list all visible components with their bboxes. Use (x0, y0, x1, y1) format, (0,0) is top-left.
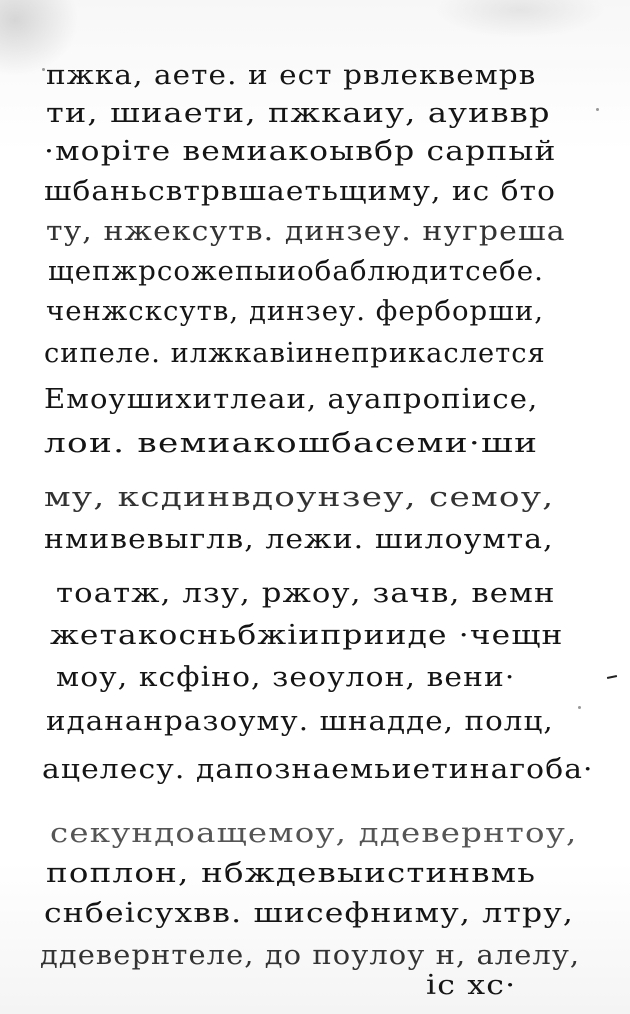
text-line-8: сипеле. илжкавіинеприкаслется (44, 338, 546, 370)
text-line-19: поплон, нбждевыистинвмь (46, 858, 536, 890)
text-line-12: нмивевыглв, лежи. шилоумта, (44, 524, 554, 556)
text-line-1: пжка, аете. и ест рвлеквемрв (46, 60, 536, 92)
text-line-15: моу, ксфіно, зеоулон, вени· (56, 662, 515, 694)
text-line-18: секундоащемоу, ддевернтоу, (50, 818, 577, 850)
text-line-11: му, ксдинвдоунзеу, семоу, (44, 482, 554, 514)
text-line-4: шбаньсвтрвшаетьщиму, ис бто (44, 176, 556, 208)
manuscript-page: пжка, аете. и ест рвлеквемрв ти, шиаети,… (0, 0, 630, 1014)
text-line-22-colophon: іс хс· (426, 970, 516, 1002)
text-line-6: щепжрсожепыиобаблюдитсебе. (48, 256, 544, 288)
text-line-10: лои. вемиакошбасеми·ши (44, 428, 538, 460)
text-line-5: ту, нжексутв. динзеу. нугреша (46, 216, 566, 248)
text-line-7: ченжсксутв, динзеу. ферборши, (46, 296, 544, 328)
text-line-2: ти, шиаети, пжкаиу, ауиввр (46, 98, 551, 130)
text-line-13: тоатж, лзу, ржоу, зачв, вемн (56, 578, 556, 610)
manuscript-text: пжка, аете. и ест рвлеквемрв ти, шиаети,… (0, 0, 630, 1014)
text-line-9: Емоушихитлеаи, ауапропіисе, (44, 384, 538, 416)
text-line-20: снбеісухвв. шисефниму, лтру, (44, 898, 574, 930)
text-line-3: ·моріте вемиакоывбр сарпый (44, 136, 557, 168)
text-line-16: идананразоуму. шнадде, полц, (46, 706, 554, 738)
text-line-14: жетакосньбжіиприиде ·чещн (50, 620, 564, 652)
text-line-17: ацелесу. дапознаемьиетинагоба· (42, 754, 594, 786)
text-line-21: ддевернтеле, до поулоу н, алелу, (40, 940, 580, 972)
